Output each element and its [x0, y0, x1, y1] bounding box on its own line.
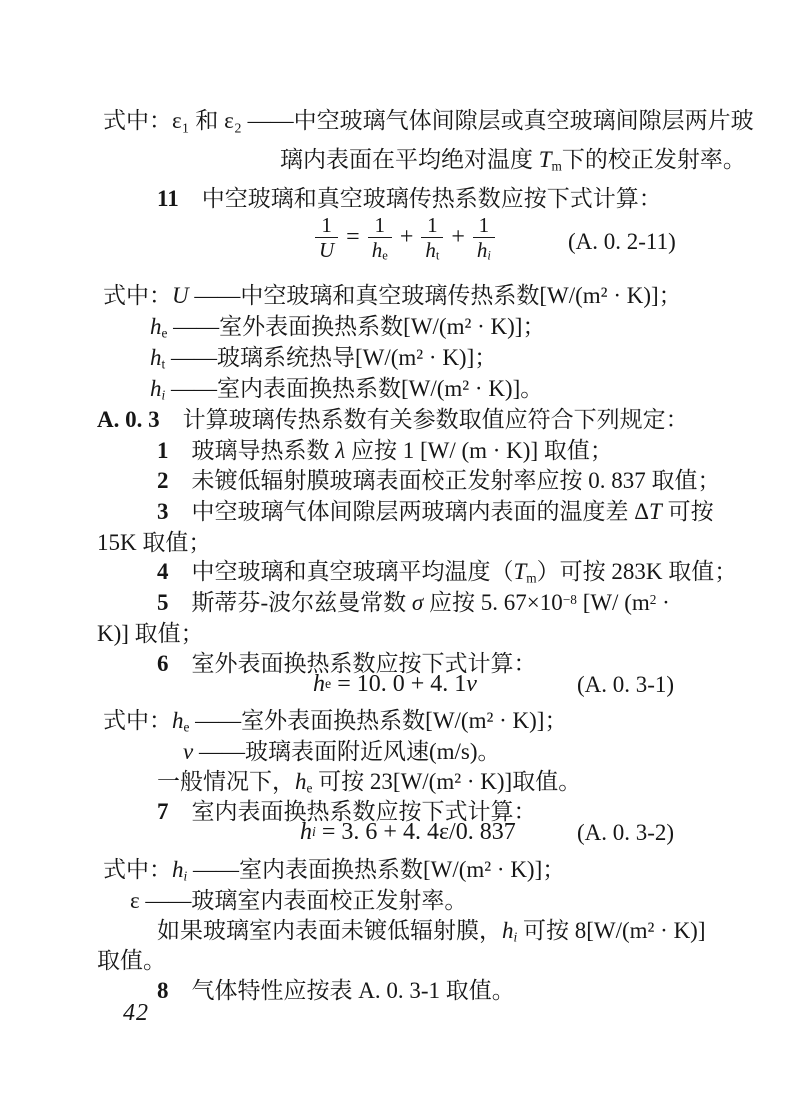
text-line-4: 式中：U ——中空玻璃和真空玻璃传热系数[W/(m² · K)]；: [103, 281, 682, 311]
text-line-21: 式中：hi ——室内表面换热系数[W/(m² · K)]；: [103, 855, 565, 885]
text-run: 4: [157, 559, 169, 584]
text-run: ——室内表面换热系数[W/(m² · K)]。: [165, 376, 543, 401]
text-line-5: he ——室外表面换热系数[W/(m² · K)]；: [150, 312, 545, 342]
denominator: he: [368, 237, 392, 262]
text-run: ε ——玻璃室内表面校正发射率。: [130, 888, 467, 913]
text-run: h: [502, 918, 514, 943]
subscript: i: [487, 249, 491, 263]
fraction-1-over-he: 1he: [368, 213, 392, 262]
equation-number: (A. 0. 3-2): [577, 820, 674, 846]
text-run: v: [183, 739, 193, 764]
text-run: ——中空玻璃和真空玻璃传热系数[W/(m² · K)]；: [189, 283, 682, 308]
text-line-17: 式中：he ——室外表面换热系数[W/(m² · K)]；: [103, 706, 567, 736]
text-line-10: 2 未镀低辐射膜玻璃表面校正发射率应按 0. 837 取值；: [157, 466, 721, 496]
text-run: 应按 1 [W/ (m · K)] 取值；: [345, 438, 613, 463]
text-line-6: ht ——玻璃系统热导[W/(m² · K)]；: [150, 343, 497, 373]
text-line-3: 11 中空玻璃和真空玻璃传热系数应按下式计算：: [157, 184, 662, 214]
text-run: ——室外表面换热系数[W/(m² · K)]；: [189, 708, 567, 733]
text-run: A. 0. 3: [97, 407, 160, 432]
text-run: 6: [157, 651, 169, 676]
equation-number: (A. 0. 2-11): [568, 229, 676, 255]
text-run: 可按 23[W/(m² · K)]取值。: [312, 769, 581, 794]
equation-body: = 10. 0 + 4. 1: [331, 671, 466, 698]
text-line-23: 如果玻璃室内表面未镀低辐射膜，hi 可按 8[W/(m² · K)]: [157, 916, 706, 946]
text-run: 15K 取值；: [97, 530, 211, 555]
text-run: ·: [656, 590, 669, 615]
text-line-24: 取值。: [97, 946, 166, 976]
text-run: 下的校正发射率。: [562, 147, 746, 172]
text-run: T: [514, 559, 527, 584]
denominator: ht: [421, 237, 443, 262]
text-run: 11: [157, 186, 179, 211]
text-run: 玻璃导热系数: [169, 438, 336, 463]
text-line-12: 15K 取值；: [97, 528, 211, 558]
subscript: t: [436, 249, 440, 263]
text-run: 可按: [662, 499, 714, 524]
text-run: 应按 5. 67×10: [423, 590, 562, 615]
equation-body: = 3. 6 + 4. 4ε/0. 837: [316, 819, 516, 846]
subscript: m: [552, 158, 562, 173]
text-line-7: hi ——室内表面换热系数[W/(m² · K)]。: [150, 374, 543, 404]
text-line-22: ε ——玻璃室内表面校正发射率。: [130, 886, 467, 916]
text-line-14: 5 斯蒂芬-波尔兹曼常数 σ 应按 5. 67×10−8 [W/ (m2 ·: [157, 588, 670, 618]
superscript: −8: [563, 592, 577, 607]
numerator: 1: [475, 213, 494, 237]
variable-v: v: [466, 671, 477, 698]
text-run: h: [150, 314, 162, 339]
text-run: 5: [157, 590, 169, 615]
variable-h: h: [372, 238, 383, 262]
equation-math: hi = 3. 6 + 4. 4ε/0. 837: [300, 819, 516, 846]
text-run: λ: [335, 438, 345, 463]
subscript: e: [382, 249, 388, 263]
text-run: 璃内表面在平均绝对温度: [280, 147, 539, 172]
variable-h: h: [477, 238, 488, 262]
page-number: 42: [123, 1000, 149, 1027]
text-run: h: [150, 345, 162, 370]
text-run: 式中：: [103, 708, 172, 733]
numerator: 1: [371, 213, 390, 237]
text-run: 7: [157, 799, 169, 824]
equation-math: he = 10. 0 + 4. 1v: [313, 671, 477, 698]
fraction-1-over-U: 1U: [315, 213, 338, 262]
text-run: ——玻璃系统热导[W/(m² · K)]；: [165, 345, 497, 370]
text-run: U: [172, 283, 189, 308]
numerator: 1: [317, 213, 336, 237]
text-run: 取值。: [97, 948, 166, 973]
text-run: ）可按 283K 取值；: [537, 559, 738, 584]
text-run: 式中：ε₁ 和 ε₂ ——中空玻璃气体间隙层或真空玻璃间隙层两片玻: [103, 108, 754, 133]
text-run: 3: [157, 499, 169, 524]
text-line-11: 3 中空玻璃气体间隙层两玻璃内表面的温度差 ΔT 可按: [157, 497, 714, 527]
plus-sign: +: [451, 224, 465, 251]
text-run: 中空玻璃和真空玻璃传热系数应按下式计算：: [179, 186, 662, 211]
text-line-8: A. 0. 3 计算玻璃传热系数有关参数取值应符合下列规定：: [97, 405, 689, 435]
text-run: 式中：: [103, 857, 172, 882]
equals-sign: =: [346, 224, 360, 251]
text-run: T: [539, 147, 552, 172]
text-run: 8: [157, 978, 169, 1003]
text-line-2: 璃内表面在平均绝对温度 Tm下的校正发射率。: [280, 145, 746, 175]
equation-math: 1U=1he+1ht+1hi: [313, 213, 497, 262]
text-run: ——玻璃表面附近风速(m/s)。: [193, 739, 500, 764]
text-run: K)] 取值；: [97, 621, 204, 646]
document-page: 式中：ε₁ 和 ε₂ ——中空玻璃气体间隙层或真空玻璃间隙层两片玻璃内表面在平均…: [0, 0, 800, 1120]
text-line-15: K)] 取值；: [97, 619, 204, 649]
text-line-9: 1 玻璃导热系数 λ 应按 1 [W/ (m · K)] 取值；: [157, 436, 613, 466]
text-run: 中空玻璃气体间隙层两玻璃内表面的温度差 Δ: [169, 499, 650, 524]
text-run: h: [172, 708, 184, 733]
denominator: U: [315, 237, 338, 262]
text-run: ——室外表面换热系数[W/(m² · K)]；: [167, 314, 545, 339]
text-run: 如果玻璃室内表面未镀低辐射膜，: [157, 918, 502, 943]
text-run: h: [172, 857, 184, 882]
equation-number: (A. 0. 3-1): [577, 672, 674, 698]
text-line-25: 8 气体特性应按表 A. 0. 3-1 取值。: [157, 976, 515, 1006]
text-run: ——室内表面换热系数[W/(m² · K)]；: [187, 857, 565, 882]
text-run: 2: [157, 468, 169, 493]
text-run: 中空玻璃和真空玻璃平均温度（: [169, 559, 514, 584]
plus-sign: +: [400, 224, 414, 251]
text-run: 式中：: [103, 283, 172, 308]
variable-h: h: [300, 819, 312, 846]
numerator: 1: [423, 213, 442, 237]
text-line-1: 式中：ε₁ 和 ε₂ ——中空玻璃气体间隙层或真空玻璃间隙层两片玻: [103, 106, 754, 136]
text-line-19: 一般情况下，he 可按 23[W/(m² · K)]取值。: [157, 767, 581, 797]
text-run: [W/ (m: [577, 590, 650, 615]
text-run: 斯蒂芬-波尔兹曼常数: [169, 590, 412, 615]
fraction-1-over-ht: 1ht: [421, 213, 443, 262]
text-run: 1: [157, 438, 169, 463]
subscript: m: [526, 570, 536, 585]
text-line-13: 4 中空玻璃和真空玻璃平均温度（Tm）可按 283K 取值；: [157, 557, 737, 587]
text-run: σ: [412, 590, 423, 615]
denominator: hi: [473, 237, 495, 262]
text-run: 计算玻璃传热系数有关参数取值应符合下列规定：: [160, 407, 689, 432]
text-run: h: [150, 376, 162, 401]
variable-h: h: [313, 671, 325, 698]
text-run: 一般情况下，: [157, 769, 295, 794]
text-run: 气体特性应按表 A. 0. 3-1 取值。: [169, 978, 515, 1003]
text-run: T: [649, 499, 662, 524]
text-run: h: [295, 769, 307, 794]
text-run: 可按 8[W/(m² · K)]: [517, 918, 705, 943]
text-run: 未镀低辐射膜玻璃表面校正发射率应按 0. 837 取值；: [169, 468, 721, 493]
fraction-1-over-hi: 1hi: [473, 213, 495, 262]
text-line-18: v ——玻璃表面附近风速(m/s)。: [183, 737, 501, 767]
variable-h: h: [425, 238, 436, 262]
